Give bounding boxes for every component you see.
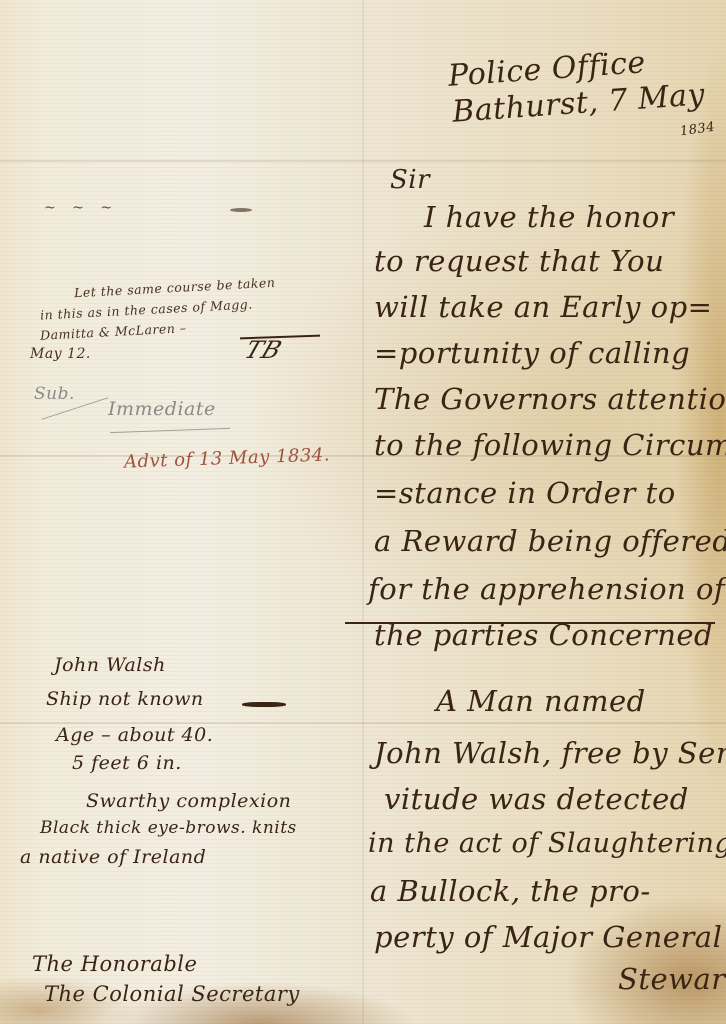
ink-blot [242, 702, 286, 707]
body-line: =portunity of calling [374, 336, 690, 370]
body-line: I have the honor [424, 200, 674, 234]
description-line: Swarthy complexion [86, 790, 291, 812]
body-line: A Man named [436, 684, 646, 718]
body-line: vitude was detected [384, 782, 689, 816]
description-line: a native of Ireland [20, 846, 206, 868]
body-line: =stance in Order to [374, 476, 676, 510]
body-line: a Bullock, the pro- [370, 874, 651, 908]
fold-line [362, 0, 364, 1024]
minute-date: May 12. [30, 346, 91, 362]
initials: TB [241, 336, 286, 364]
advertisement-note: Advt of 13 May 1834. [124, 444, 331, 472]
body-line: to the following Circum= [374, 428, 726, 462]
body-line: The Governors attention [374, 382, 726, 416]
ink-smudge: ~ ~ ~ [44, 200, 118, 216]
body-line: for the apprehension of [368, 572, 725, 606]
body-line: in the act of Slaughtering [368, 828, 726, 859]
addressee-line2: The Colonial Secretary [44, 982, 300, 1006]
header-year: 1834 [679, 120, 716, 140]
minute-line: in this as in the cases of Magg. [40, 296, 253, 322]
body-line: a Reward being offered [374, 524, 726, 558]
ink-blot [230, 208, 252, 212]
body-line: Stewart [618, 962, 726, 996]
description-line: Age – about 40. [56, 724, 213, 746]
pencil-note: Immediate [108, 398, 216, 420]
letter-page: Police Office Bathurst, 7 May 1834 Sir I… [0, 0, 726, 1024]
description-line: Black thick eye-brows. knits [40, 818, 297, 838]
rule-stroke [345, 622, 715, 624]
body-line: John Walsh, free by Ser- [374, 736, 726, 770]
description-line: 5 feet 6 in. [72, 752, 182, 774]
addressee-line1: The Honorable [32, 952, 197, 976]
minute-line: Damitta & McLaren – [40, 320, 187, 343]
description-line: Ship not known [46, 688, 204, 710]
salutation: Sir [390, 165, 430, 195]
body-line: perty of Major General [374, 920, 722, 954]
body-line: to request that You [374, 244, 664, 278]
pencil-underline [110, 428, 230, 433]
body-line: will take an Early op= [374, 290, 712, 324]
pencil-note: Sub. [34, 384, 75, 404]
description-line: John Walsh [54, 654, 166, 676]
